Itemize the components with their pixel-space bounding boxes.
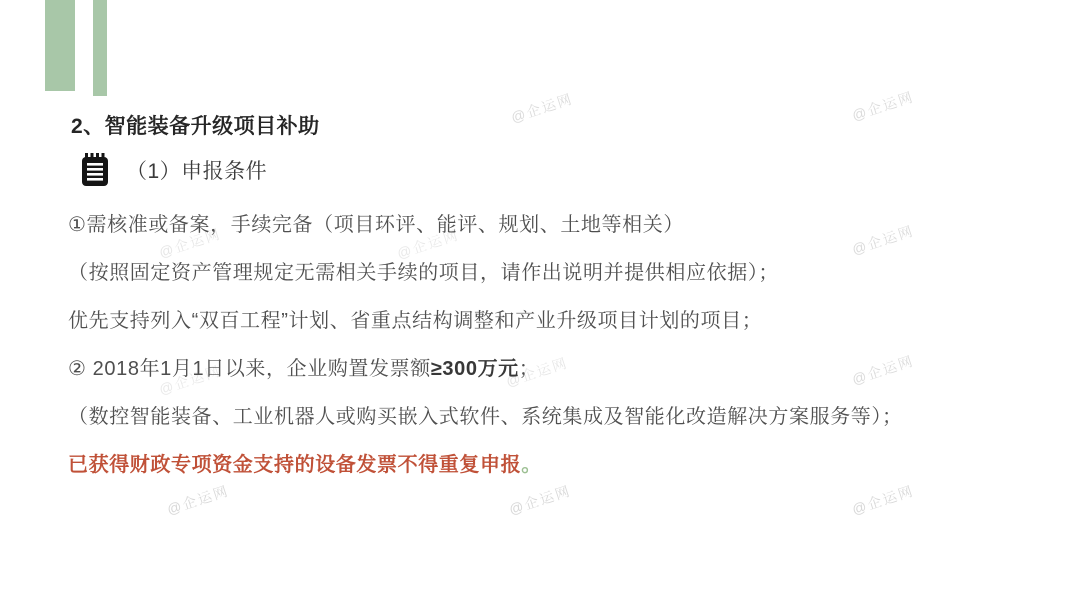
body-line-4-amount: ≥300万元 — [431, 358, 519, 380]
body-line-4: ② 2018年1月1日以来，企业购置发票额≥300万元； — [68, 354, 539, 384]
page-title: 2、智能装备升级项目补助 — [71, 110, 320, 140]
watermark: @企运网 — [849, 481, 916, 520]
body-line-4-suffix: ； — [519, 358, 540, 380]
notepad-icon — [82, 153, 110, 187]
body-line-2: （按照固定资产管理规定无需相关手续的项目，请作出说明并提供相应依据）； — [68, 258, 779, 288]
slide: @企运网 @企运网 @企运网 @企运网 @企运网 @企运网 @企运网 @企运网 … — [0, 0, 1080, 608]
subtitle-label: （1）申报条件 — [126, 155, 267, 185]
body-line-1: ①需核准或备案，手续完备（项目环评、能评、规划、土地等相关） — [68, 210, 684, 240]
decor-bar-right — [93, 0, 107, 96]
body-line-5: （数控智能装备、工业机器人或购买嵌入式软件、系统集成及智能化改造解决方案服务等）… — [68, 402, 903, 432]
highlight-line: 已获得财政专项资金支持的设备发票不得重复申报。 — [68, 450, 542, 480]
highlight-period: 。 — [521, 454, 542, 476]
watermark: @企运网 — [849, 221, 916, 260]
watermark: @企运网 — [849, 87, 916, 126]
highlight-text: 已获得财政专项资金支持的设备发票不得重复申报 — [68, 454, 521, 476]
decor-bar-left — [45, 0, 75, 91]
watermark: @企运网 — [164, 481, 231, 520]
subtitle-row: （1）申报条件 — [82, 153, 267, 187]
watermark: @企运网 — [849, 351, 916, 390]
body-line-4-prefix: ② 2018年1月1日以来，企业购置发票额 — [68, 358, 431, 380]
watermark: @企运网 — [506, 481, 573, 520]
watermark: @企运网 — [508, 89, 575, 128]
body-line-3: 优先支持列入“双百工程”计划、省重点结构调整和产业升级项目计划的项目； — [68, 306, 762, 336]
